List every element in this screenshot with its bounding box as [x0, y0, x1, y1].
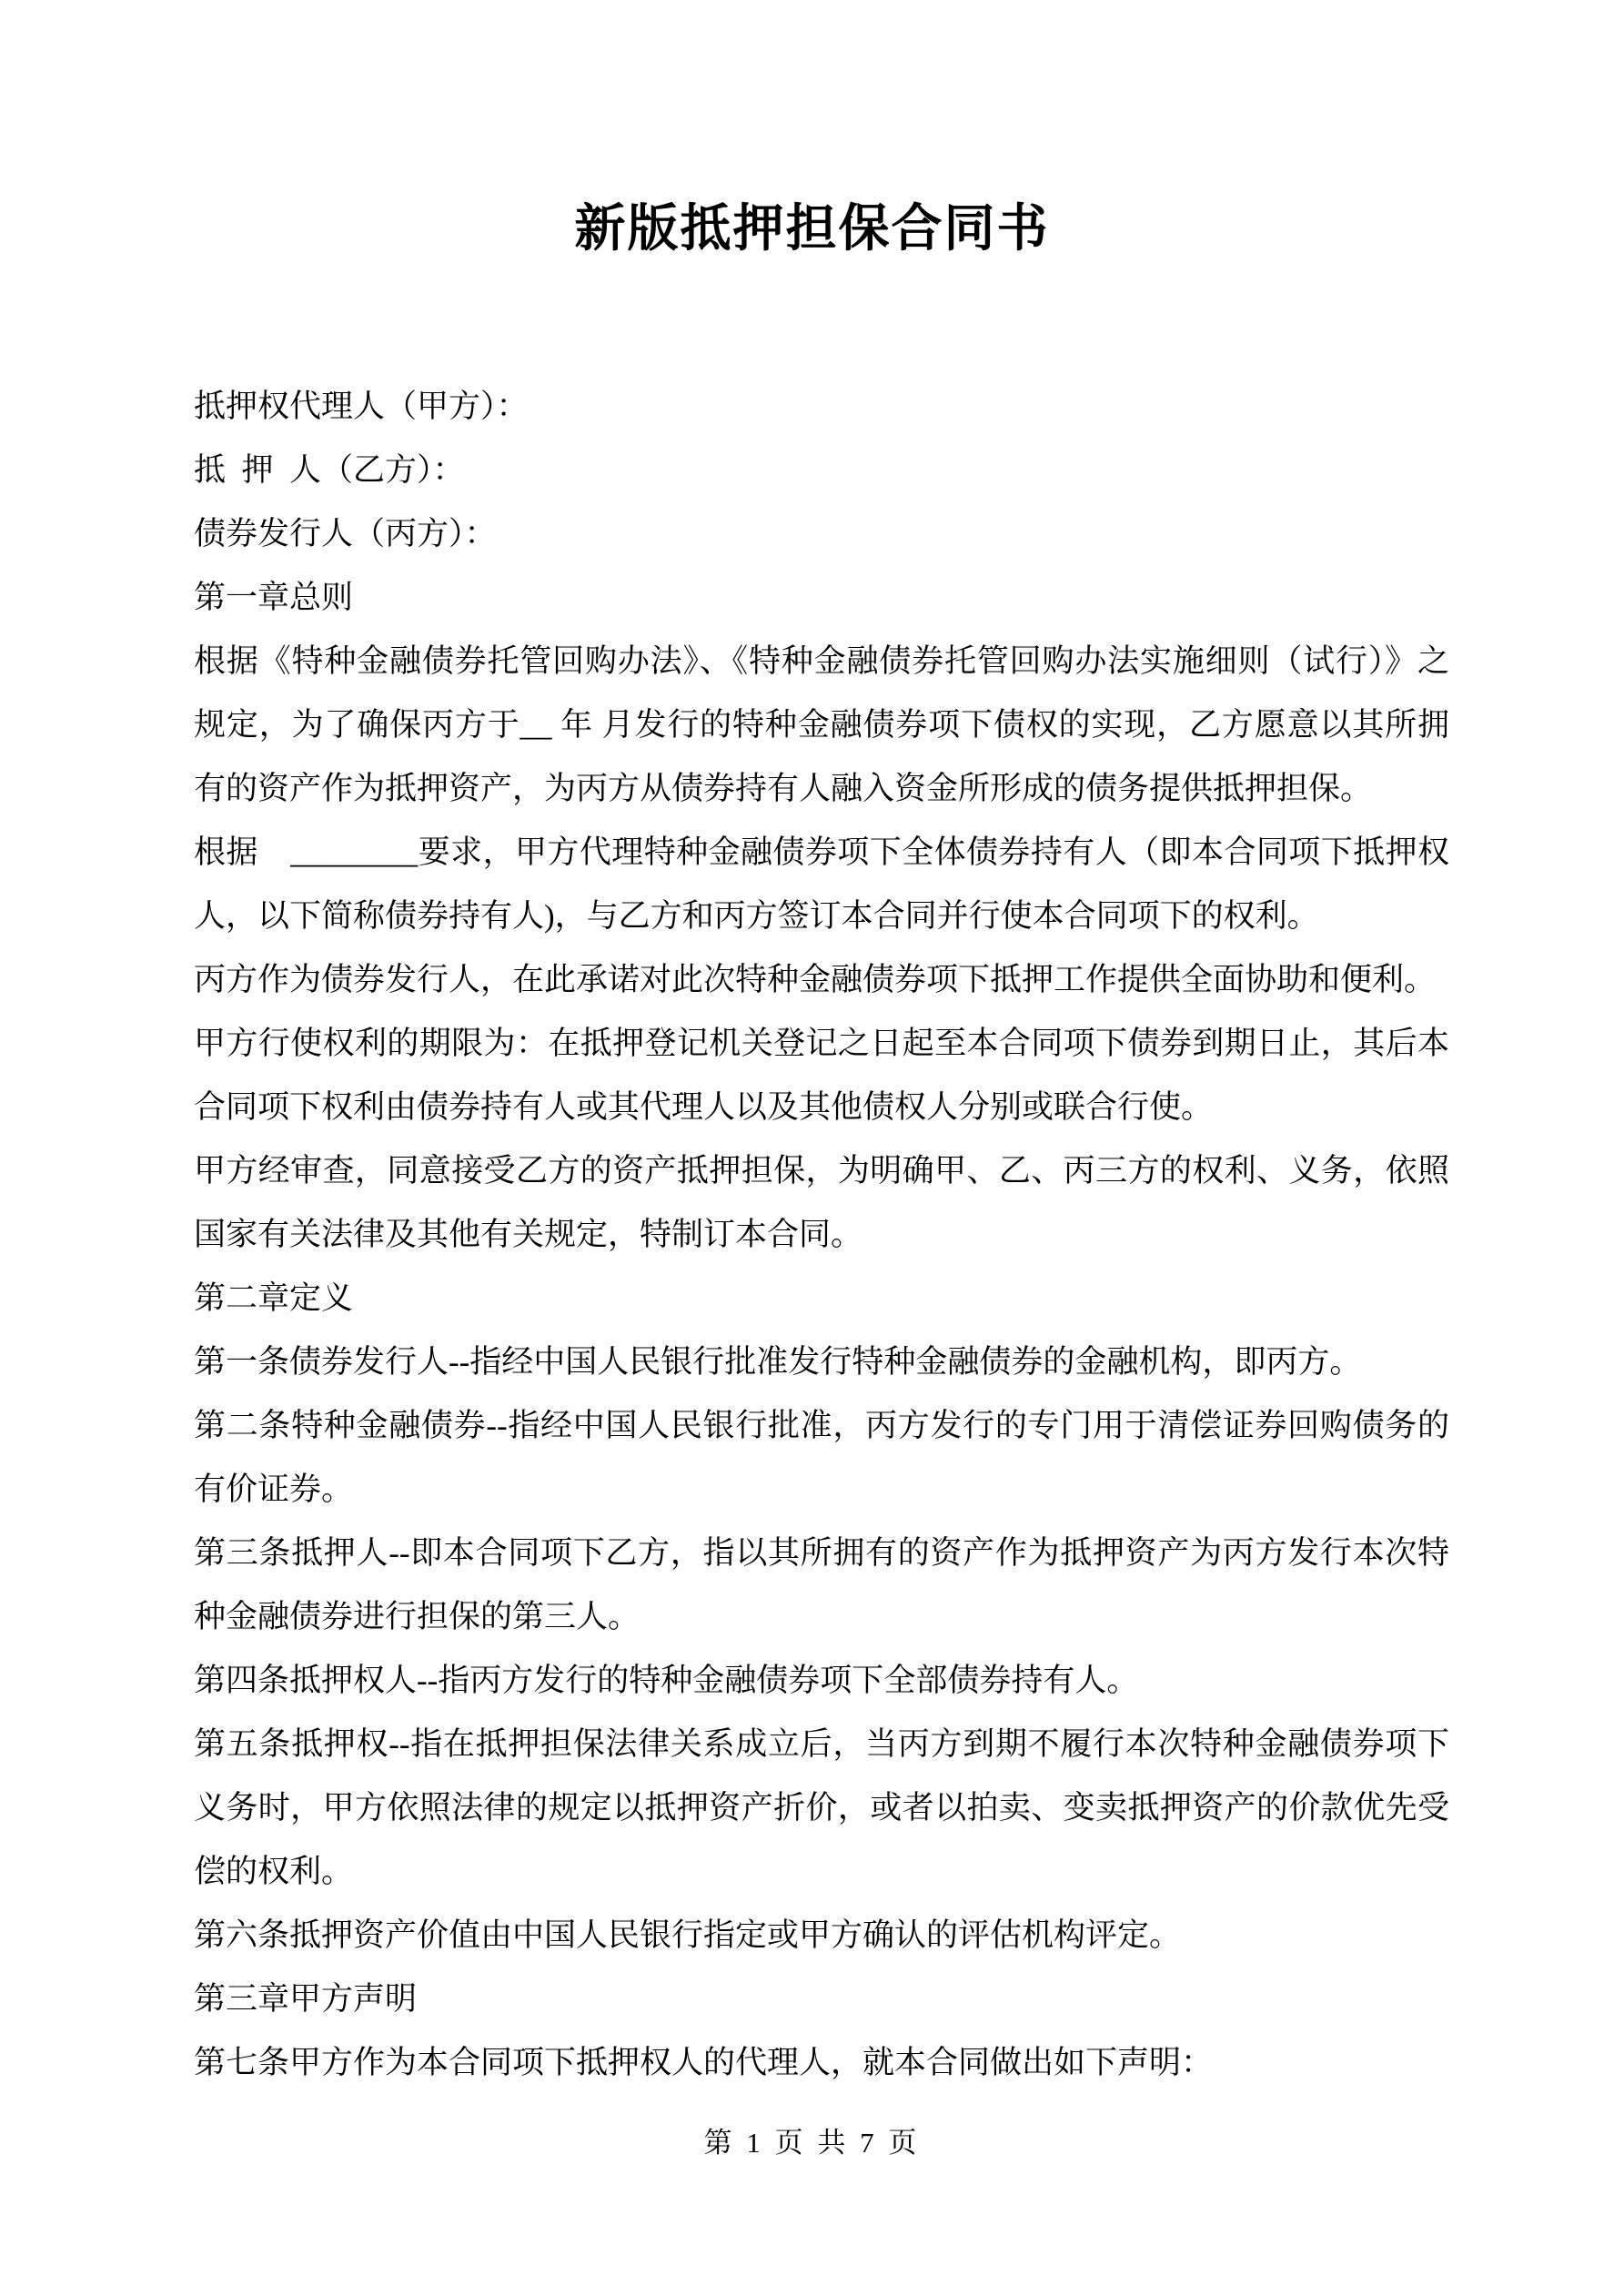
paragraph-review-statement: 甲方经审查，同意接受乙方的资产抵押担保，为明确甲、乙、丙三方的权利、义务，依照国…	[194, 1139, 1449, 1267]
party-line-party-b: 抵 押 人（乙方）：	[194, 439, 1449, 502]
party-line-party-a: 抵押权代理人（甲方）：	[194, 375, 1449, 439]
document-title: 新版抵押担保合同书	[0, 0, 1624, 255]
clause-2: 第二条特种金融债券--指经中国人民银行批准，丙方发行的专门用于清偿证券回购债务的…	[194, 1394, 1449, 1522]
paragraph-agency-appointment: 根据 ________要求，甲方代理特种金融债券项下全体债券持有人（即本合同项下…	[194, 821, 1449, 948]
paragraph-rights-term: 甲方行使权利的期限为：在抵押登记机关登记之日起至本合同项下债券到期日止，其后本合…	[194, 1012, 1449, 1139]
clause-5: 第五条抵押权--指在抵押担保法律关系成立后，当丙方到期不履行本次特种金融债券项下…	[194, 1713, 1449, 1904]
paragraph-issuer-commitment: 丙方作为债券发行人，在此承诺对此次特种金融债券项下抵押工作提供全面协助和便利。	[194, 948, 1449, 1012]
clause-6: 第六条抵押资产价值由中国人民银行指定或甲方确认的评估机构评定。	[194, 1904, 1449, 1967]
clause-1: 第一条债券发行人--指经中国人民银行批准发行特种金融债券的金融机构，即丙方。	[194, 1330, 1449, 1394]
paragraph-legal-basis: 根据《特种金融债券托管回购办法》、《特种金融债券托管回购办法实施细则（试行）》之…	[194, 630, 1449, 821]
page-number-footer: 第 1 页 共 7 页	[0, 2126, 1624, 2159]
clause-3: 第三条抵押人--即本合同项下乙方，指以其所拥有的资产作为抵押资产为丙方发行本次特…	[194, 1522, 1449, 1649]
chapter-1-heading: 第一章总则	[194, 566, 1449, 630]
clause-4: 第四条抵押权人--指丙方发行的特种金融债券项下全部债券持有人。	[194, 1649, 1449, 1713]
document-body: 抵押权代理人（甲方）： 抵 押 人（乙方）： 债券发行人（丙方）： 第一章总则 …	[194, 375, 1449, 2095]
chapter-3-heading: 第三章甲方声明	[194, 1967, 1449, 2031]
chapter-2-heading: 第二章定义	[194, 1267, 1449, 1330]
contract-page: 新版抵押担保合同书 抵押权代理人（甲方）： 抵 押 人（乙方）： 债券发行人（丙…	[0, 0, 1624, 2296]
party-line-party-c: 债券发行人（丙方）：	[194, 502, 1449, 566]
clause-7: 第七条甲方作为本合同项下抵押权人的代理人，就本合同做出如下声明：	[194, 2031, 1449, 2095]
